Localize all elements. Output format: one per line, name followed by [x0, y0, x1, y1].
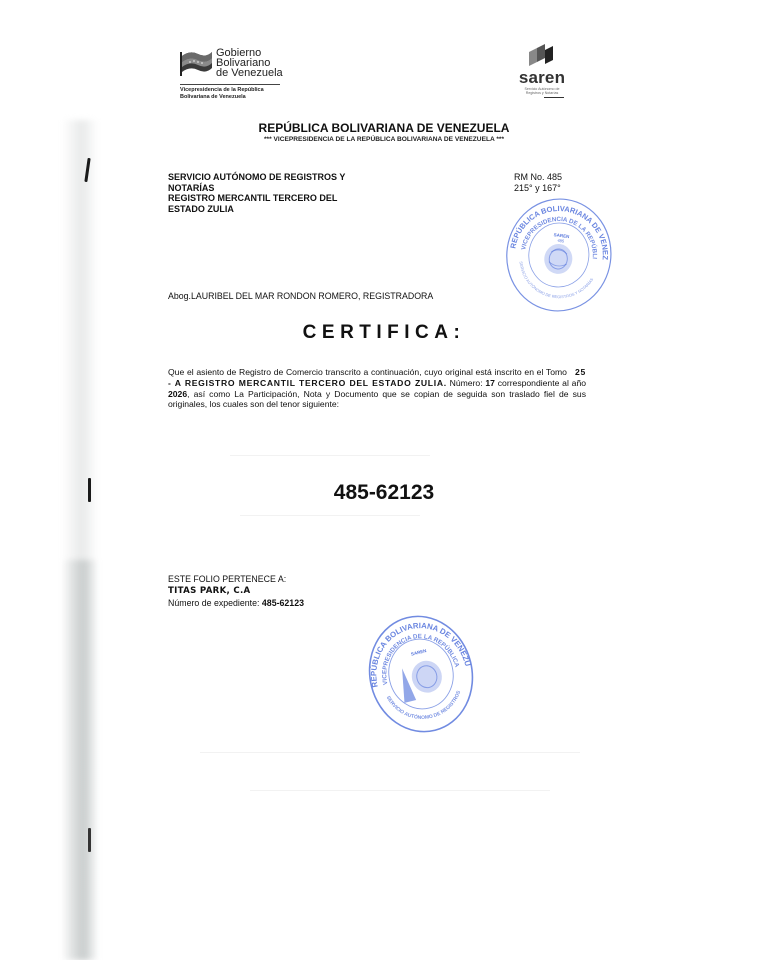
- coat-of-arms-icon: [542, 242, 574, 276]
- body-ano: 2026: [168, 389, 187, 399]
- document-title: REPÚBLICA BOLIVARIANA DE VENEZUELA: [0, 121, 768, 135]
- document-subtitle: *** VICEPRESIDENCIA DE LA REPÚBLICA BOLI…: [0, 136, 768, 143]
- bleed-through: [200, 752, 580, 753]
- stamp-center-label: SAREN: [410, 648, 427, 657]
- expediente-label: Número de expediente:: [168, 598, 259, 608]
- body-numero-label: Número:: [450, 378, 483, 388]
- gobierno-subtitle: Vicepresidencia de la República Bolivari…: [180, 87, 264, 100]
- body-rest: , así como La Participación, Nota y Docu…: [168, 389, 586, 410]
- gobierno-name: Gobierno Bolivariano de Venezuela: [216, 48, 283, 78]
- body-numero: 17: [485, 378, 495, 388]
- office-line: NOTARÍAS: [168, 183, 345, 194]
- certification-paragraph: Que el asiento de Registro de Comercio t…: [168, 367, 586, 410]
- body-intro: Que el asiento de Registro de Comercio t…: [168, 367, 567, 377]
- registrar-name: Abog.LAURIBEL DEL MAR RONDON ROMERO, REG…: [168, 291, 433, 301]
- page-fold-shadow-lower: [62, 560, 98, 960]
- saren-wordmark: saren: [514, 70, 570, 86]
- coat-of-arms-icon: [396, 658, 446, 703]
- venezuela-flag-icon: [180, 46, 214, 78]
- office-line: ESTADO ZULIA: [168, 204, 345, 215]
- saren-subtitle: Servicio Autónomo de Registros y Notaría…: [514, 87, 570, 95]
- rm-number: RM No. 485: [514, 172, 562, 183]
- folio-block: ESTE FOLIO PERTENECE A: TITAS PARK, C.A …: [168, 573, 304, 609]
- official-seal-stamp: REPÚBLICA BOLIVARIANA DE VENEZUELA VICEP…: [495, 186, 623, 322]
- stamp-center-number: 485: [557, 238, 565, 244]
- office-line: REGISTRO MERCANTIL TERCERO DEL: [168, 193, 345, 204]
- certifica-heading: CERTIFICA:: [0, 322, 768, 344]
- logo-divider: [180, 84, 280, 85]
- record-number: 485-62123: [0, 481, 768, 505]
- bleed-through: [250, 790, 550, 791]
- bleed-through: [240, 515, 420, 516]
- expediente-number: 485-62123: [262, 598, 304, 608]
- saren-cards-icon: [525, 44, 559, 68]
- office-block: SERVICIO AUTÓNOMO DE REGISTROS Y NOTARÍA…: [168, 172, 345, 214]
- binder-mark: [88, 828, 91, 852]
- folio-label: ESTE FOLIO PERTENECE A:: [168, 573, 304, 585]
- official-seal-stamp-bottom: REPÚBLICA BOLIVARIANA DE VENEZUELA VICEP…: [353, 601, 490, 748]
- saren-logo: saren Servicio Autónomo de Registros y N…: [514, 44, 570, 98]
- bleed-through: [230, 455, 430, 456]
- expediente-line: Número de expediente: 485-62123: [168, 597, 304, 609]
- body-ano-label: correspondiente al año: [498, 378, 586, 388]
- office-line: SERVICIO AUTÓNOMO DE REGISTROS Y: [168, 172, 345, 183]
- saren-rule: [544, 97, 564, 98]
- folio-owner: TITAS PARK, C.A: [168, 585, 304, 597]
